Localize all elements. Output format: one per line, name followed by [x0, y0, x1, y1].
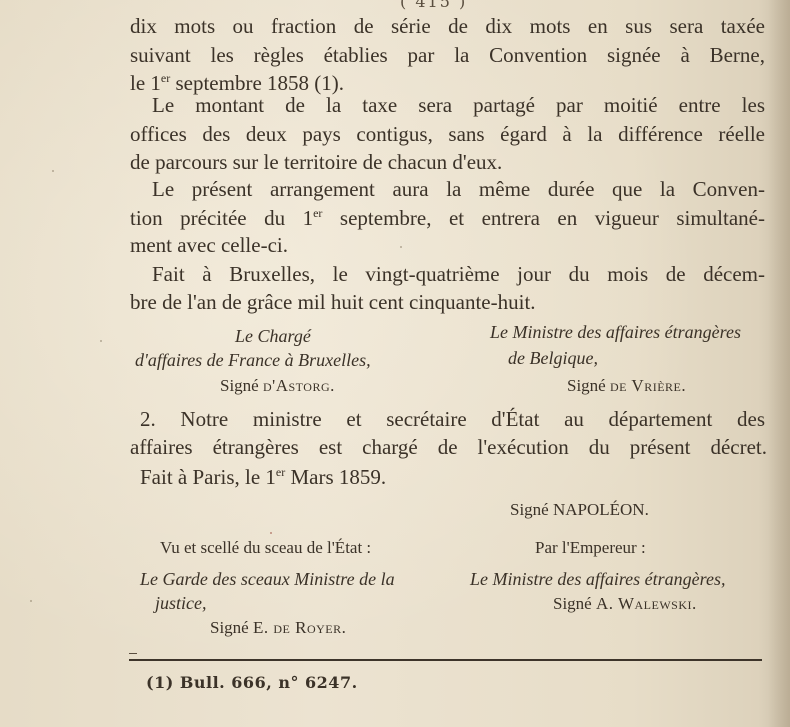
para2-line3: de parcours sur le territoire de chacun …: [130, 150, 502, 175]
signed-label: Signé: [553, 594, 596, 613]
page-number-fragment: ( 415 ): [400, 0, 467, 11]
para4-line1: Fait à Bruxelles, le vingt-quatrième jou…: [152, 262, 765, 287]
emperor-signature: Signé NAPOLÉON.: [510, 500, 649, 520]
scanned-page: ( 415 ) dix mots ou fraction de série de…: [0, 0, 790, 727]
signatory-name-vriere: de Vrière.: [610, 376, 686, 395]
seal-header: Vu et scellé du sceau de l'État :: [160, 538, 371, 558]
para2-line1: Le montant de la taxe sera partagé par m…: [152, 93, 765, 118]
foreign-minister-signature: Signé A. Walewski.: [553, 594, 697, 614]
page-gutter-shadow: [768, 0, 790, 727]
para1-line2: suivant les règles établies par la Conve…: [130, 43, 765, 68]
left-signatory-title-line1: Le Chargé: [235, 326, 311, 347]
para2-line2: offices des deux pays contigus, sans éga…: [130, 122, 765, 147]
by-emperor-header: Par l'Empereur :: [535, 538, 646, 558]
superscript-er: er: [276, 465, 285, 479]
para3-line2: tion précitée du 1er septembre, et entre…: [130, 206, 765, 231]
paper-speck: [100, 340, 102, 342]
signatory-name-astorg: d'Astorg.: [263, 376, 335, 395]
para3-line2-rest: septembre, et entrera en vigueur simulta…: [322, 206, 765, 230]
foreign-minister-title: Le Ministre des affaires étrangères,: [470, 569, 725, 590]
article2-line1: 2. Notre ministre et secrétaire d'État a…: [140, 407, 765, 432]
para1-line3-text: le 1: [130, 71, 161, 95]
paper-speck: [30, 600, 32, 602]
keeper-of-seals-title-line2: justice,: [155, 593, 207, 614]
signed-label: Signé: [220, 376, 263, 395]
signatory-name-walewski: A. Walewski.: [596, 594, 697, 613]
keeper-of-seals-title-line1: Le Garde des sceaux Ministre de la: [140, 569, 395, 590]
paper-speck: [52, 170, 54, 172]
left-signature: Signé d'Astorg.: [220, 376, 335, 396]
para3-line1: Le présent arrangement aura la même duré…: [152, 177, 765, 202]
left-signatory-title-line2: d'affaires de France à Bruxelles,: [135, 350, 371, 371]
rule-tick-mark: [129, 653, 137, 654]
right-signatory-title-line2: de Belgique,: [508, 348, 598, 369]
para3-line2-text: tion précitée du 1: [130, 206, 313, 230]
signatory-name-royer: E. de Royer.: [253, 618, 346, 637]
superscript-er: er: [161, 71, 170, 85]
para4-line2: bre de l'an de grâce mil huit cent cinqu…: [130, 290, 536, 315]
right-signature: Signé de Vrière.: [567, 376, 686, 396]
right-signatory-title-line1: Le Ministre des affaires étrangères: [490, 322, 741, 343]
decree-date: Fait à Paris, le 1er Mars 1859.: [140, 465, 386, 490]
decree-date-text: Fait à Paris, le 1: [140, 465, 276, 489]
signed-label: Signé: [210, 618, 253, 637]
decree-date-rest: Mars 1859.: [285, 465, 386, 489]
footnote-reference: (1) Bull. 666, n° 6247.: [146, 673, 358, 692]
para1-line1: dix mots ou fraction de série de dix mot…: [130, 14, 765, 39]
keeper-of-seals-signature: Signé E. de Royer.: [210, 618, 346, 638]
article2-line2: affaires étrangères est chargé de l'exéc…: [130, 435, 767, 460]
paper-speck: [400, 246, 402, 248]
paper-speck: [270, 532, 272, 534]
footnote-separator-rule: [129, 659, 762, 661]
para3-line3: ment avec celle-ci.: [130, 233, 288, 258]
para1-line3-rest: septembre 1858 (1).: [170, 71, 344, 95]
signed-label: Signé: [567, 376, 610, 395]
